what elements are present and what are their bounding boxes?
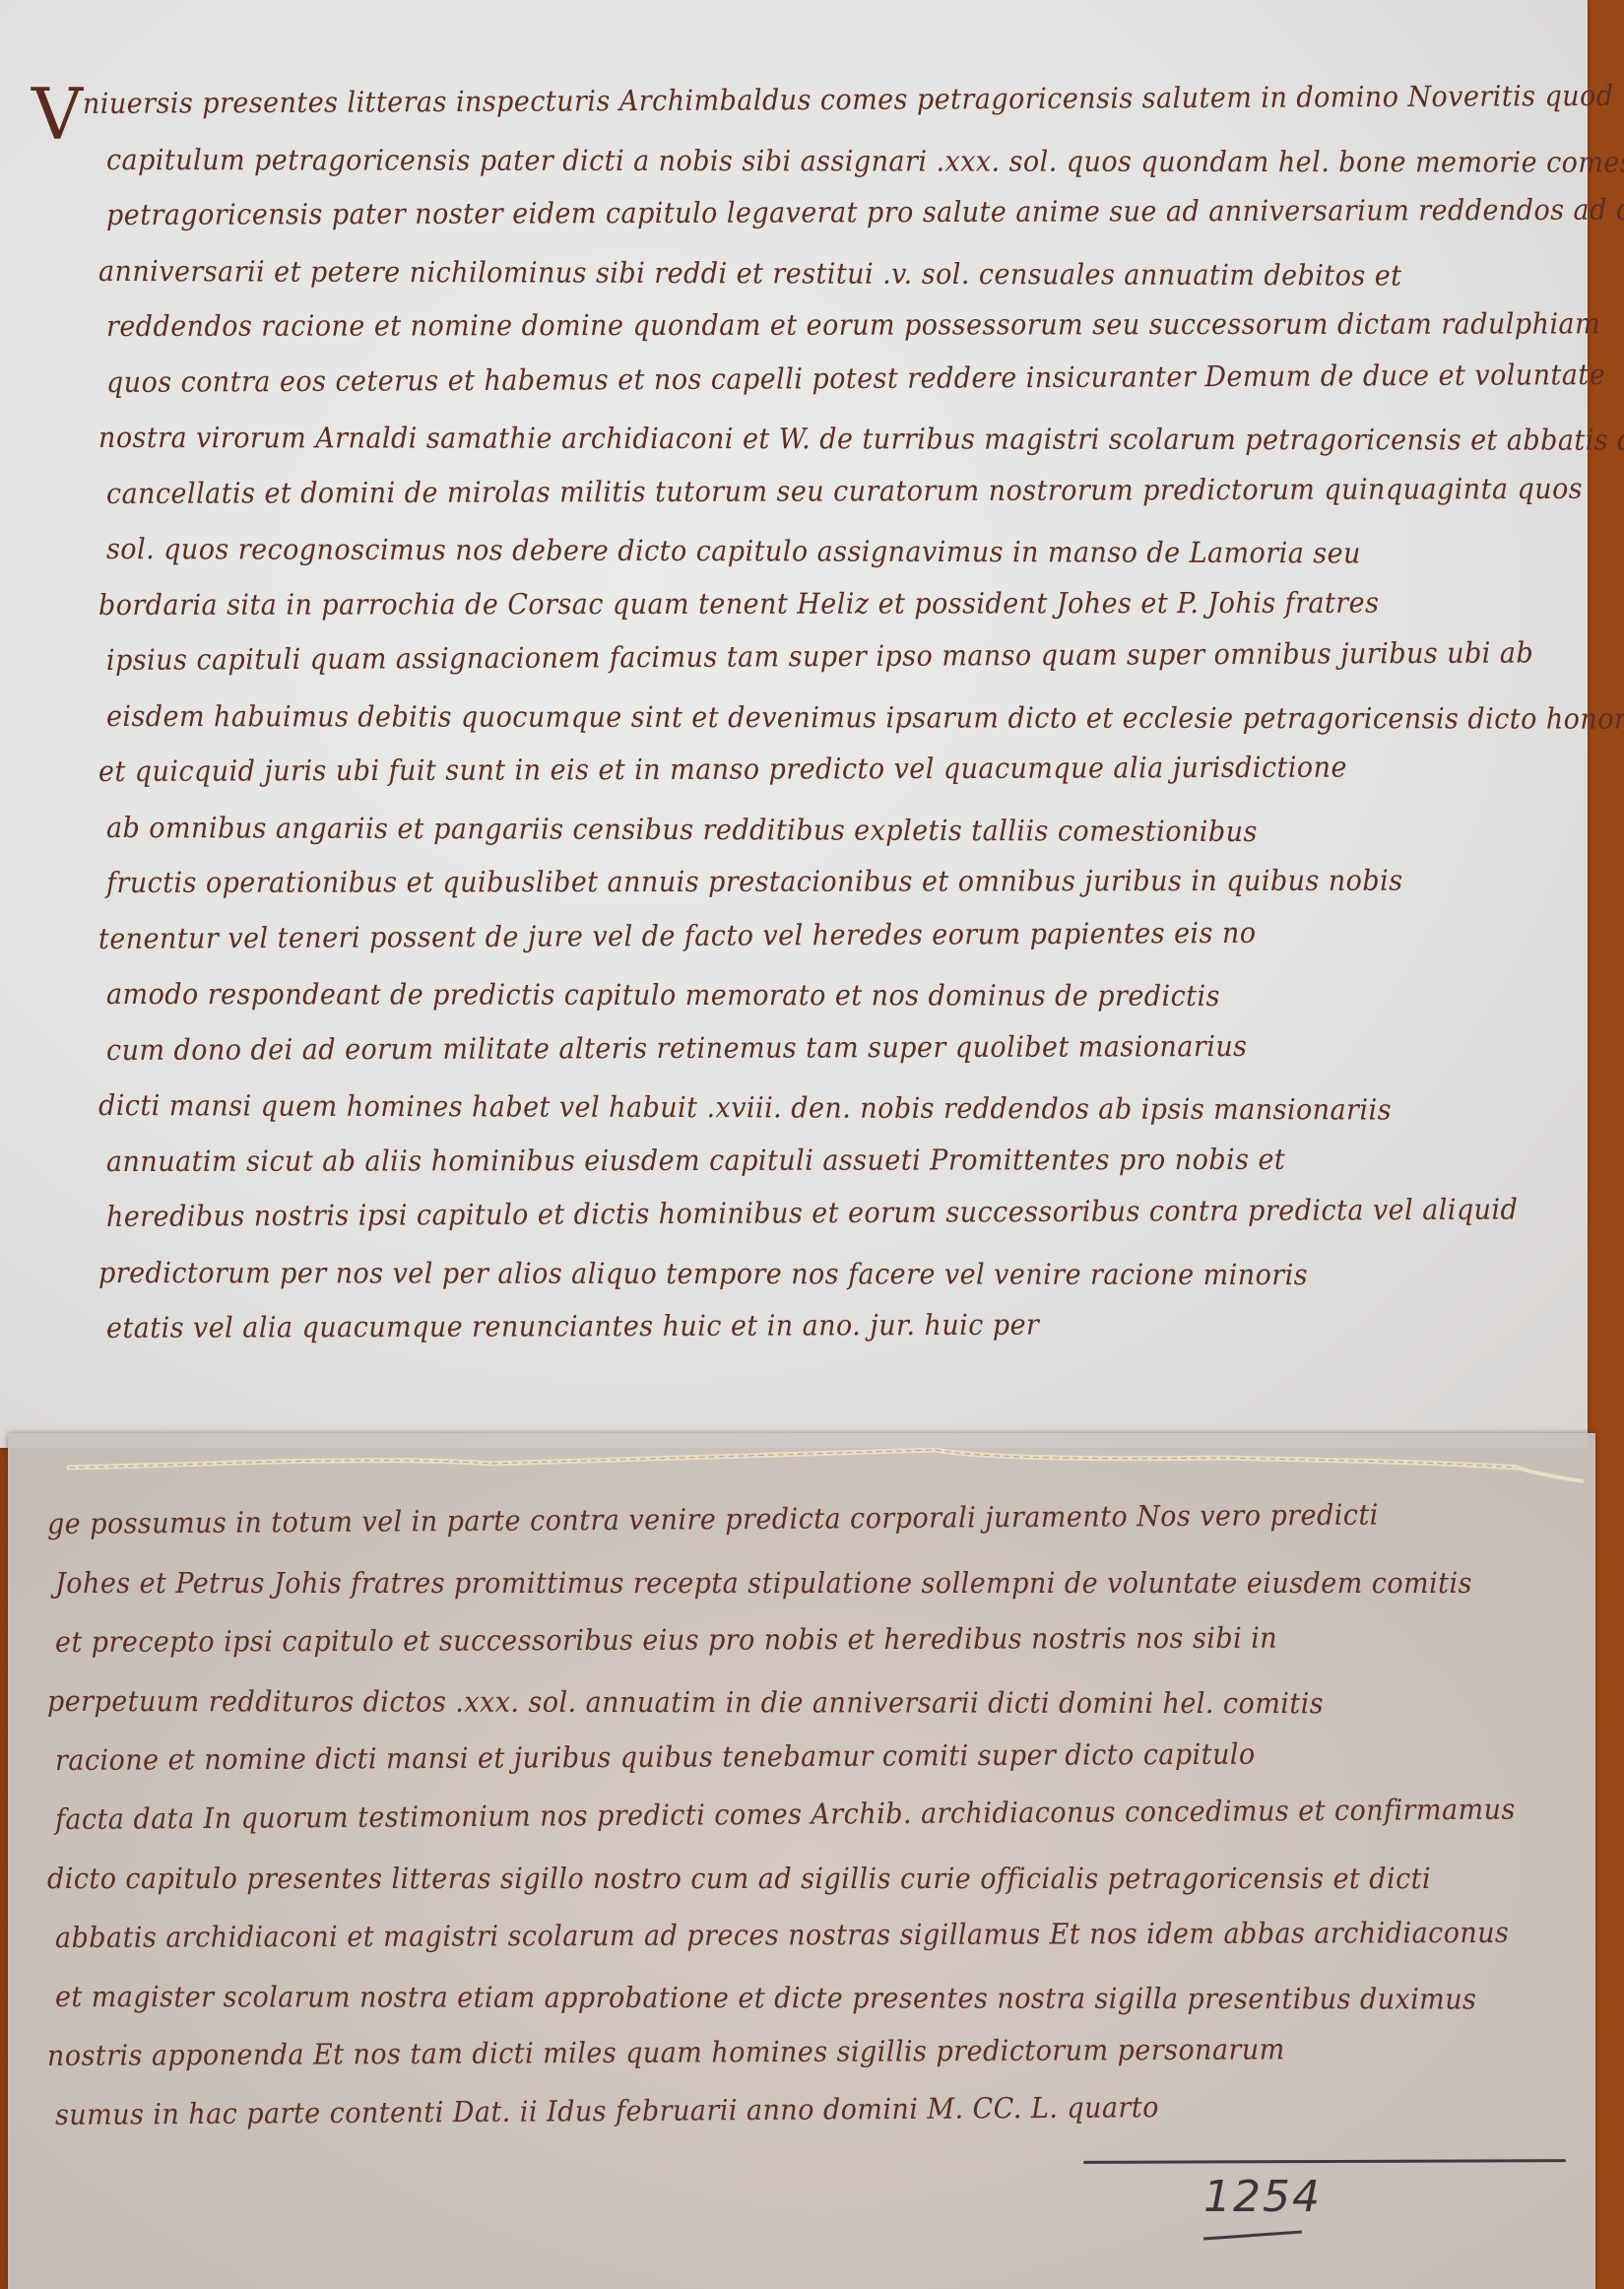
manuscript-line: ab omnibus angariis et pangariis censibu…	[106, 811, 1258, 848]
manuscript-line: dicto capitulo presentes litteras sigill…	[47, 1862, 1431, 1895]
year-annotation: 1254	[1203, 2172, 1322, 2222]
manuscript-line: et quicquid juris ubi fuit sunt in eis e…	[98, 751, 1347, 788]
manuscript-line: et precepto ipsi capitulo et successorib…	[55, 1621, 1277, 1659]
manuscript-line: ipsius capituli quam assignacionem facim…	[106, 635, 1533, 677]
manuscript-line: dicti mansi quem homines habet vel habui…	[98, 1088, 1392, 1127]
manuscript-line: niuersis presentes litteras inspecturis …	[83, 79, 1624, 120]
manuscript-line: heredibus nostris ipsi capitulo et dicti…	[106, 1192, 1518, 1233]
manuscript-line: cum dono dei ad eorum militate alteris r…	[106, 1028, 1248, 1066]
manuscript-line: sumus in hac parte contenti Dat. ii Idus…	[55, 2090, 1159, 2131]
manuscript-line: annuatim sicut ab aliis hominibus eiusde…	[106, 1142, 1285, 1177]
manuscript-line: abbatis archidiaconi et magistri scolaru…	[55, 1916, 1509, 1954]
manuscript-line: Johes et Petrus Johis fratres promittimu…	[55, 1566, 1472, 1600]
binding-cord	[59, 1448, 1600, 1483]
upper-parchment-sheet: V niuersis presentes litteras inspecturi…	[0, 0, 1588, 1448]
manuscript-line: tenentur vel teneri possent de jure vel …	[98, 915, 1257, 954]
manuscript-line: amodo respondeant de predictis capitulo …	[106, 977, 1220, 1013]
manuscript-line: sol. quos recognoscimus nos debere dicto…	[106, 532, 1361, 569]
manuscript-line: cancellatis et domini de mirolas militis…	[106, 471, 1583, 509]
manuscript-line: etatis vel alia quacumque renunciantes h…	[106, 1308, 1039, 1344]
manuscript-line: racione et nomine dicti mansi et juribus…	[55, 1737, 1256, 1777]
manuscript-line: petragoricensis pater noster eidem capit…	[106, 192, 1624, 231]
manuscript-line: nostris apponenda Et nos tam dicti miles…	[47, 2032, 1285, 2072]
manuscript-line: capitulum petragoricensis pater dicti a …	[106, 143, 1624, 179]
manuscript-line: fructis operationibus et quibuslibet ann…	[106, 864, 1403, 899]
manuscript-line: perpetuum reddituros dictos .xxx. sol. a…	[47, 1684, 1324, 1720]
manuscript-line: eisdem habuimus debitis quocumque sint e…	[106, 699, 1624, 736]
manuscript-line: predictorum per nos vel per alios aliquo…	[98, 1256, 1308, 1291]
manuscript-line: et magister scolarum nostra etiam approb…	[55, 1980, 1476, 2016]
manuscript-line: ge possumus in totum vel in parte contra…	[47, 1498, 1379, 1540]
manuscript-line: facta data In quorum testimonium nos pre…	[55, 1793, 1516, 1836]
manuscript-line: reddendos racione et nomine domine quond…	[106, 306, 1600, 343]
manuscript-line: nostra virorum Arnaldi samathie archidia…	[98, 421, 1624, 457]
manuscript-line: anniversarii et petere nichilominus sibi…	[98, 254, 1402, 293]
manuscript-line: quos contra eos ceterus et habemus et no…	[106, 358, 1605, 399]
decorated-initial: V	[32, 79, 83, 150]
manuscript-line: bordaria sita in parrochia de Corsac qua…	[98, 585, 1379, 621]
